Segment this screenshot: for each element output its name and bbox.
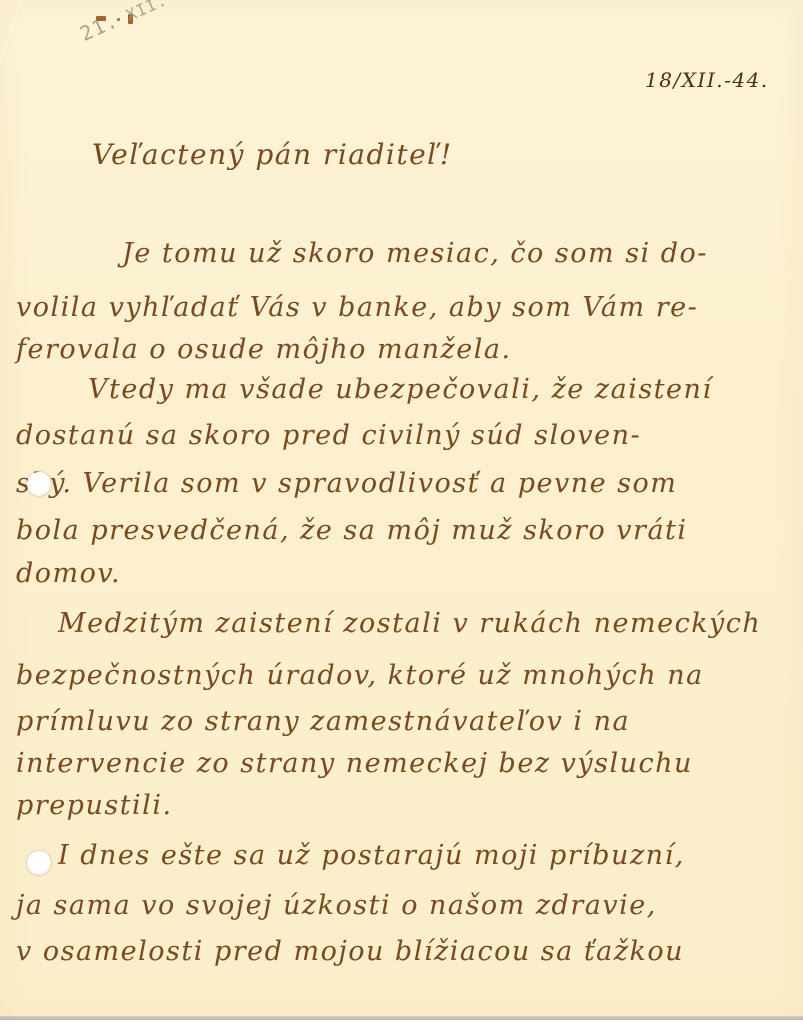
letter-line: domov. <box>16 558 121 589</box>
letter-line: Vtedy ma všade ubezpečovali, že zaistení <box>88 374 713 405</box>
letter-line: prepustili. <box>16 790 173 821</box>
page-bottom-edge <box>0 1016 803 1020</box>
received-date-stamp: 21. XII. 1944 <box>76 0 219 46</box>
punch-hole-upper <box>27 472 51 496</box>
letter-line: ferovala o osude môjho manžela. <box>16 334 512 365</box>
letter-page: 21. XII. 1944 18/XII.-44. Veľactený pán … <box>0 0 803 1020</box>
letter-line: ja sama vo svojej úzkosti o našom zdravi… <box>16 890 657 921</box>
stamp-day: 21. <box>76 8 122 46</box>
letter-line: Je tomu už skoro mesiac, čo som si do- <box>122 238 708 269</box>
letter-date: 18/XII.-44. <box>645 68 769 92</box>
letter-line: intervencie zo strany nemeckej bez výslu… <box>16 748 693 779</box>
salutation: Veľactený pán riaditeľ! <box>92 138 453 171</box>
letter-line: ský. Verila som v spravodlivosť a pevne … <box>16 468 677 499</box>
stamp-year: 1944 <box>172 0 219 3</box>
letter-line: dostanú sa skoro pred civilný súd sloven… <box>16 420 641 451</box>
paper-fold-line <box>0 0 21 86</box>
letter-line: Medzitým zaistení zostali v rukách nemec… <box>58 608 761 639</box>
stamp-month: XII. <box>123 0 170 25</box>
letter-line: volila vyhľadať Vás v banke, aby som Vám… <box>16 292 698 323</box>
letter-line: prímluvu zo strany zamestnávateľov i na <box>16 706 630 737</box>
letter-line: bola presvedčená, že sa môj muž skoro vr… <box>16 515 688 546</box>
letter-line: bezpečnostných úradov, ktoré už mnohých … <box>16 660 704 691</box>
letter-line: v osamelosti pred mojou blížiacou sa ťaž… <box>16 936 684 967</box>
punch-hole-lower <box>27 851 51 875</box>
letter-line: I dnes ešte sa už postarajú moji príbuzn… <box>58 840 685 871</box>
